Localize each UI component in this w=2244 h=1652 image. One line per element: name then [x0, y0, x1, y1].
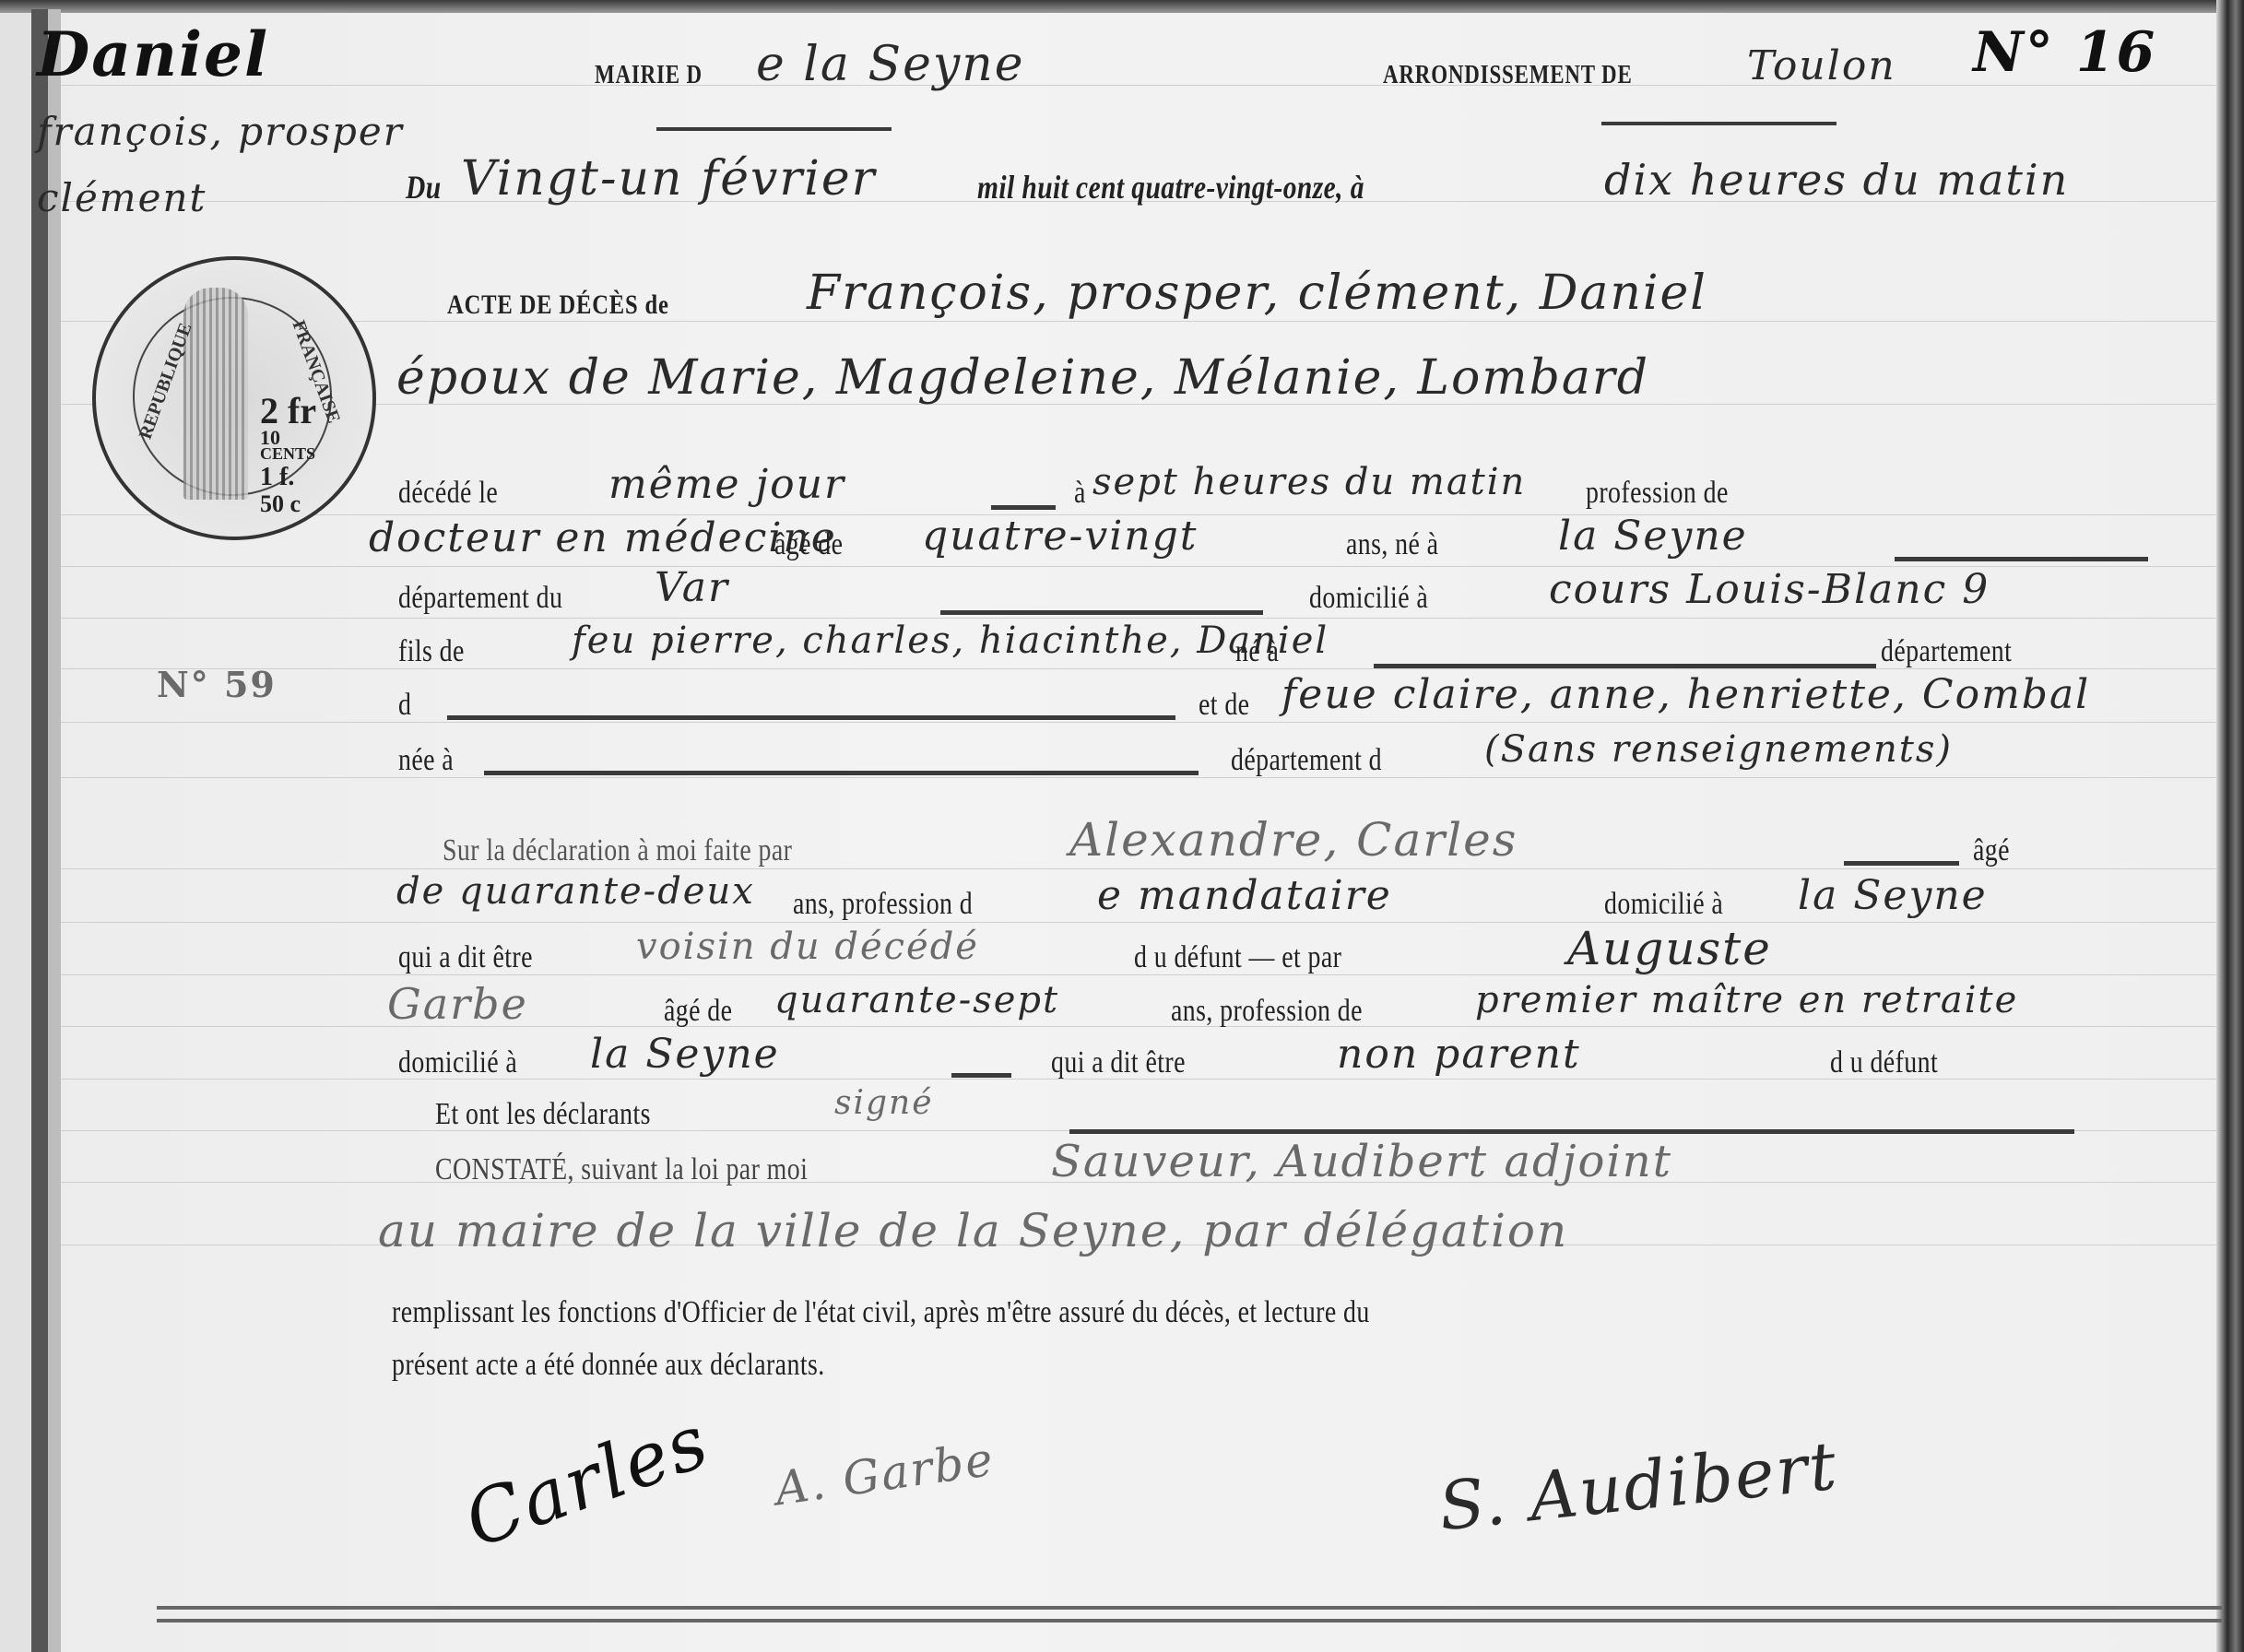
ans-profession-label-2: ans, profession de	[1171, 994, 1363, 1029]
date-day-month: Vingt-un février	[461, 151, 877, 206]
page-number: N° 16	[1973, 20, 2156, 85]
ruled-line	[61, 618, 2216, 619]
decede-label: décédé le	[398, 476, 498, 511]
date-prefix: Du	[406, 168, 442, 206]
stamp-value: 1 f.	[260, 463, 294, 492]
constate-printed-2: présent acte a été donnée aux déclarants…	[392, 1348, 825, 1383]
profession-value: docteur en médecine	[369, 514, 837, 561]
declarant2-relation: non parent	[1337, 1031, 1581, 1078]
date-time: dix heures du matin	[1604, 155, 2069, 205]
margin-given-names-2: clément	[37, 175, 207, 220]
domicilie-label-2: domicilié à	[398, 1045, 517, 1080]
declarant2-surname: Garbe	[387, 979, 528, 1029]
parents-note: (Sans renseignements)	[1484, 728, 1953, 771]
declarant1-name: Alexandre, Carles	[1069, 813, 1518, 867]
deceased-name: François, prosper, clément, Daniel	[807, 265, 1707, 321]
mother-name: feue claire, anne, henriette, Combal	[1281, 671, 2090, 718]
heure-label: à	[1074, 476, 1086, 511]
signature-declarant-2: A. Garbe	[772, 1433, 998, 1516]
adjacent-page-edge	[0, 0, 31, 1652]
signature-officer: S. Audibert	[1435, 1427, 1841, 1546]
ans-profession-label: ans, profession d	[793, 887, 973, 922]
blank-line	[951, 1073, 1011, 1078]
stamp-value: 50 c	[260, 490, 301, 518]
declarant1-age: de quarante-deux	[396, 870, 755, 913]
ruled-line	[61, 777, 2216, 778]
declarant2-age: quarante-sept	[774, 979, 1059, 1021]
register-right-edge	[2216, 0, 2244, 1652]
document-page: Daniel françois, prosper clément N° 59 M…	[0, 0, 2244, 1652]
officer-line-1: Sauveur, Audibert adjoint	[1051, 1136, 1672, 1187]
qui-dit-label: qui a dit être	[398, 940, 533, 975]
blank-line	[447, 715, 1175, 720]
ruled-line	[61, 722, 2216, 723]
closing-rule	[157, 1606, 2222, 1610]
birthplace-value: la Seyne	[1558, 513, 1748, 560]
blank-line	[1844, 861, 1959, 866]
ruled-line	[61, 922, 2216, 923]
et-de-label: et de	[1199, 688, 1249, 723]
blank-line	[991, 505, 1056, 510]
d-label: d	[398, 688, 411, 723]
header-rule	[1601, 122, 1837, 125]
father-name: feu pierre, charles, hiacinthe, Daniel	[572, 619, 1329, 662]
declarant2-age-label: âgé de	[664, 994, 732, 1029]
declarant1-domicile: la Seyne	[1798, 872, 1988, 919]
justice-figure-icon	[183, 288, 248, 500]
record-number: N° 59	[157, 664, 277, 705]
declarant1-profession: e mandataire	[1097, 872, 1392, 919]
declarant1-relation: voisin du décédé	[636, 926, 979, 968]
ans-ne-label: ans, né à	[1346, 527, 1438, 562]
blank-line	[484, 771, 1199, 775]
signe-label: Et ont les déclarants	[435, 1097, 651, 1132]
qui-dit-label-2: qui a dit être	[1051, 1045, 1186, 1080]
departement-d-label: département d	[1231, 743, 1382, 778]
signature-declarant-1: Carles	[454, 1398, 719, 1564]
nee-a-label: née à	[398, 743, 454, 778]
stamp-value: CENTS	[260, 444, 315, 464]
domicile-label: domicilié à	[1309, 581, 1428, 616]
acte-title-label: ACTE DE DÉCÈS de	[447, 289, 669, 321]
blank-line	[1895, 557, 2148, 561]
du-defunt-label: d u défunt — et par	[1134, 940, 1341, 975]
arrondissement-value: Toulon	[1747, 42, 1896, 89]
binding-shadow	[48, 9, 61, 1652]
heure-value: sept heures du matin	[1092, 461, 1526, 503]
ruled-line	[61, 868, 2216, 869]
age-label-declarant: âgé	[1973, 833, 2010, 868]
declaration-intro: Sur la déclaration à moi faite par	[443, 833, 792, 868]
domicile-value: cours Louis-Blanc 9	[1549, 566, 1990, 613]
domicilie-label: domicilié à	[1604, 887, 1723, 922]
fiscal-stamp: REPUBLIQUE FRANÇAISE 2 fr 10 CENTS 1 f. …	[92, 256, 376, 540]
mairie-label: MAIRIE D	[595, 61, 703, 90]
arrondissement-label: ARRONDISSEMENT DE	[1383, 61, 1633, 90]
register-top-edge	[0, 0, 2244, 13]
margin-given-names: françois, prosper	[37, 109, 404, 154]
departement-label: département du	[398, 581, 562, 616]
age-label: âgé de	[774, 527, 843, 562]
spouse-line: époux de Marie, Magdeleine, Mélanie, Lom…	[396, 350, 1649, 406]
blank-line	[1069, 1129, 2074, 1134]
fils-label: fils de	[398, 634, 465, 669]
age-value: quatre-vingt	[922, 513, 1198, 560]
margin-surname: Daniel	[37, 18, 269, 90]
officer-line-2: au maire de la ville de la Seyne, par dé…	[378, 1204, 1568, 1257]
ruled-line	[61, 321, 2216, 322]
declarant2-profession: premier maître en retraite	[1475, 979, 2018, 1021]
header-rule	[656, 127, 892, 131]
date-year: mil huit cent quatre-vingt-onze, à	[977, 168, 1364, 206]
constate-label: CONSTATÉ, suivant la loi par moi	[435, 1152, 808, 1187]
departement-label-2: département	[1881, 634, 2012, 669]
constate-printed-1: remplissant les fonctions d'Officier de …	[392, 1295, 1370, 1330]
ne-a-label: né à	[1235, 634, 1279, 669]
blank-line	[1374, 664, 1876, 668]
departement-value: Var	[655, 564, 729, 611]
mairie-value: e la Seyne	[756, 37, 1025, 92]
du-defunt-label-2: d u défunt	[1830, 1045, 1938, 1080]
register-binding	[31, 9, 48, 1652]
decede-value: même jour	[608, 461, 845, 508]
declarant2-domicile: la Seyne	[590, 1031, 780, 1078]
profession-label: profession de	[1586, 476, 1729, 511]
declarant2-firstname: Auguste	[1567, 922, 1772, 975]
ruled-line	[61, 1026, 2216, 1027]
signe-value: signé	[834, 1084, 934, 1122]
closing-rule	[157, 1619, 2222, 1622]
blank-line	[940, 610, 1263, 615]
